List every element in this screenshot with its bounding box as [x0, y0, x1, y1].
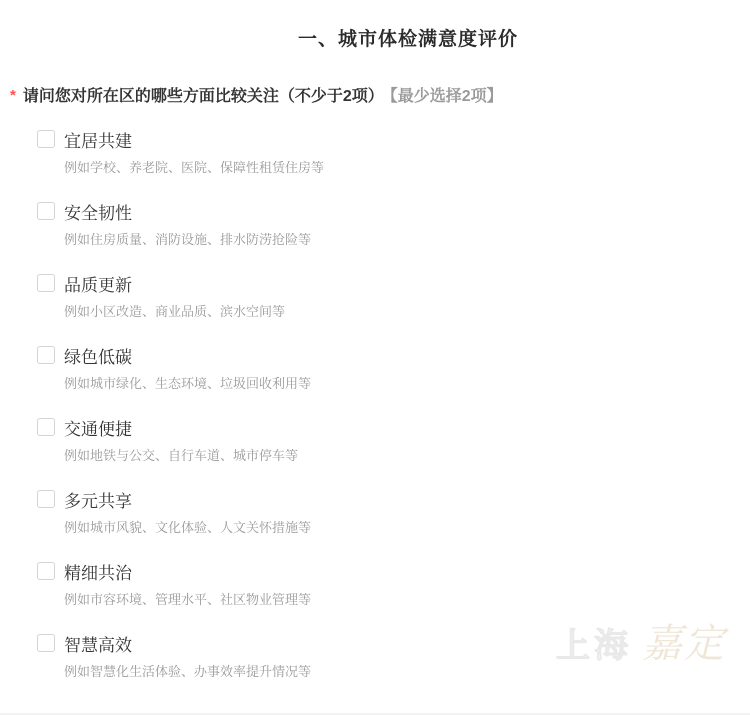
question-text: *请问您对所在区的哪些方面比较关注（不少于2项）【最少选择2项】: [10, 83, 503, 106]
required-asterisk: *: [10, 87, 16, 104]
option-label: 绿色低碳: [64, 343, 132, 368]
checkbox[interactable]: [37, 130, 55, 148]
option-description: 例如小区改造、商业品质、滨水空间等: [64, 301, 324, 320]
option-label: 智慧高效: [64, 631, 132, 656]
options-list: 宜居共建 例如学校、养老院、医院、保障性租赁住房等 安全韧性 例如住房质量、消防…: [37, 129, 324, 705]
option-description: 例如城市绿化、生态环境、垃圾回收利用等: [64, 373, 324, 392]
option-label: 精细共治: [64, 559, 132, 584]
min-select-hint: 【最少选择2项】: [390, 88, 503, 105]
option-label: 多元共享: [64, 487, 132, 512]
option-description: 例如智慧化生活体验、办事效率提升情况等: [64, 661, 324, 680]
option-item[interactable]: 智慧高效 例如智慧化生活体验、办事效率提升情况等: [37, 633, 324, 680]
option-description: 例如学校、养老院、医院、保障性租赁住房等: [64, 157, 324, 176]
checkbox[interactable]: [37, 418, 55, 436]
checkbox[interactable]: [37, 634, 55, 652]
option-item[interactable]: 绿色低碳 例如城市绿化、生态环境、垃圾回收利用等: [37, 345, 324, 392]
option-label: 宜居共建: [64, 127, 132, 152]
option-label: 安全韧性: [64, 199, 132, 224]
checkbox[interactable]: [37, 346, 55, 364]
checkbox[interactable]: [37, 202, 55, 220]
watermark-text-jiading: 嘉定: [642, 621, 726, 667]
checkbox[interactable]: [37, 274, 55, 292]
option-description: 例如地铁与公交、自行车道、城市停车等: [64, 445, 324, 464]
checkbox[interactable]: [37, 562, 55, 580]
option-item[interactable]: 安全韧性 例如住房质量、消防设施、排水防涝抢险等: [37, 201, 324, 248]
option-item[interactable]: 交通便捷 例如地铁与公交、自行车道、城市停车等: [37, 417, 324, 464]
option-item[interactable]: 品质更新 例如小区改造、商业品质、滨水空间等: [37, 273, 324, 320]
option-item[interactable]: 宜居共建 例如学校、养老院、医院、保障性租赁住房等: [37, 129, 324, 176]
watermark-text-shanghai: 上海: [556, 627, 632, 665]
option-label: 交通便捷: [64, 415, 132, 440]
option-description: 例如住房质量、消防设施、排水防涝抢险等: [64, 229, 324, 248]
option-item[interactable]: 精细共治 例如市容环境、管理水平、社区物业管理等: [37, 561, 324, 608]
checkbox[interactable]: [37, 490, 55, 508]
option-label: 品质更新: [64, 271, 132, 296]
option-item[interactable]: 多元共享 例如城市风貌、文化体验、人文关怀措施等: [37, 489, 324, 536]
option-description: 例如城市风貌、文化体验、人文关怀措施等: [64, 517, 324, 536]
option-description: 例如市容环境、管理水平、社区物业管理等: [64, 589, 324, 608]
watermark: 上海嘉定: [556, 612, 726, 669]
section-title: 一、城市体检满意度评价: [0, 24, 750, 51]
question-label: 请问您对所在区的哪些方面比较关注（不少于2项）: [23, 88, 384, 105]
